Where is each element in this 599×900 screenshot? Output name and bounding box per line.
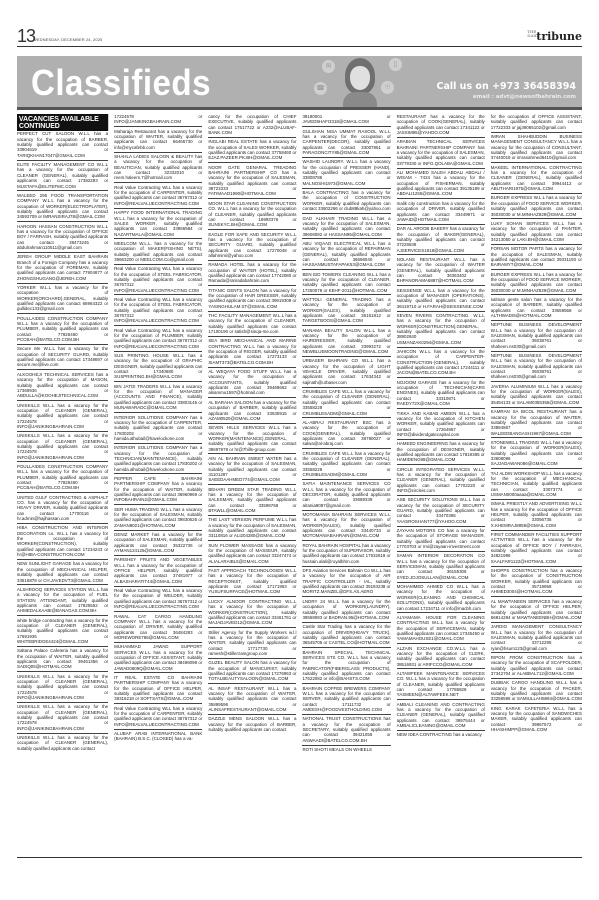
classified-ad: DAZZLE MENS SALOON W.L.L has a vacancy f… xyxy=(208,714,296,734)
classified-ad: JAHICON W.L.L has a vacancy for the occu… xyxy=(397,347,485,378)
classified-ad: DAR AL AROOB BAKERY has a vacancy for th… xyxy=(397,224,485,255)
classified-ad: SHAHLA LADIES SALOON & BEAUTY has a vaca… xyxy=(114,152,202,183)
classified-ad: BAHRAIN SPECIAL TECHNICAL SERVICES STS C… xyxy=(302,647,390,683)
classified-ad: NEW SUNLIGHT GARAGE has a vacancy for th… xyxy=(17,559,108,584)
mobile-icon: ▯ xyxy=(389,58,402,71)
classified-ad: GUZEL BEAUTY SALON has a vacancy for the… xyxy=(208,658,296,683)
classified-ad: DFS Aviation Services Bahrain Co W.L.L h… xyxy=(302,566,390,597)
classified-ad: FAST APPROACH TECHNOLOGIES W.L.L has a v… xyxy=(208,566,296,597)
classified-ad: SAMAN INTERIOR DECORATION CO W.L.L has a… xyxy=(397,551,485,582)
classified-ad: Castle Star Trading has a vacancy for th… xyxy=(302,622,390,647)
classified-ad: ALZAIN EXCHANGE CO.W.L.L has a vacancy f… xyxy=(397,643,485,668)
classified-ad: LNDRY 24 W.L.L has a vacancy for the occ… xyxy=(302,596,390,621)
classified-ad: WALEED 295 FOOD TRANSPORTATION COMPANY W… xyxy=(17,190,108,221)
phone-icon: ☎ xyxy=(314,82,327,95)
classified-ad: WATTOLI GENERAL TRADING has a vacancy fo… xyxy=(302,294,390,325)
call-us-phone: Call us on +973 36458394 xyxy=(436,81,576,92)
classified-ad: CIRCLE INTEGRATED SERVICES W.L.L has a v… xyxy=(397,464,485,495)
classified-ad: SER HUMA TRADING W.L.L has a vacancy for… xyxy=(114,504,202,529)
classified-ad: for the occupation of OFFICE ASSISTANT, … xyxy=(491,114,582,132)
classified-ad: cancy for the occupation of CHIEF EXECUT… xyxy=(208,114,296,137)
classified-ad: AL INSAF RESTAURANT W.L.L has a vacancy … xyxy=(208,683,296,714)
classified-ad: BEHARI DREEM STAR TRADING W.L.L has a va… xyxy=(208,484,296,515)
classified-ad: ALKOOHEJI TECHNICAL SERVICES has a vacan… xyxy=(17,369,108,400)
classified-ad: YORKER W.L.L has a vacancy for the occup… xyxy=(17,283,108,314)
classified-ad: SAFIA MAINTENANCE SERVICES CO W.L.L has … xyxy=(302,479,390,510)
classified-ad: Real Value Contracting WLL has a vacancy… xyxy=(114,325,202,350)
classified-ad: Saltana Palace Cafeteria has a vacancy f… xyxy=(17,646,108,671)
column-5: RESTAURANT has a vacancy for the occupat… xyxy=(394,114,488,858)
classified-ad: UNITED GULF CONTRACTING & ASPHALT CO. ha… xyxy=(17,492,108,523)
ads-list: cancy for the occupation of CHIEF EXECUT… xyxy=(208,114,296,734)
classified-ad: Stiller Agency for the Supply Workers w.… xyxy=(208,627,296,658)
column-6: for the occupation of OFFICE ASSISTANT, … xyxy=(488,114,582,858)
classified-ad: MEELCOM W.L.L. has a vacancy for the occ… xyxy=(114,238,202,263)
classified-ad: RAMADA HOTEL has a vacancy for the occup… xyxy=(208,260,296,285)
classified-ad: ALYAMAMA HOUSE FOR CLEANING CONTRACTING … xyxy=(397,612,485,643)
classified-ad: SEVEN HILLS SERVICES W.L.L has a vacancy… xyxy=(208,423,296,454)
banner-title: Classifieds xyxy=(31,62,211,104)
classified-ad: ALI MOHAMED SALEH ABDALI ABDALI / WISAM … xyxy=(397,168,485,199)
mail-icon: ✉ xyxy=(322,60,335,73)
logo-prefix: THE DAILY xyxy=(527,30,535,38)
classified-ad: LUCKY ALNOOR CONTRACTING W.L.L has a vac… xyxy=(208,596,296,627)
classified-ad: SEVEN RIVERS CONTRACTING. W.L.L has a va… xyxy=(397,311,485,347)
classified-ad: Real Value Contracting WLL has a vacancy… xyxy=(114,182,202,207)
classified-ad: SEA BIRD MECHANICAL AND MARINE CONTRACTI… xyxy=(208,336,296,367)
classified-ad: ASB SECURITY SOLUTIONS W.L.L has a vacan… xyxy=(397,495,485,526)
classified-ad: malik city construction has a vacancy fo… xyxy=(397,198,485,223)
classified-ad: Real Value Contracting WLL has a vacancy… xyxy=(114,586,202,611)
column-1: VACANCIES AVAILABLE CONTINUED PERFECT CU… xyxy=(17,114,111,858)
logo-text: tribune xyxy=(536,30,582,43)
classified-ad: INGLABI REAL ESTATE has a vacancy for th… xyxy=(208,137,296,162)
classified-ad: Real Value Contracting WLL has a vacancy… xyxy=(114,264,202,295)
advert-email: email : advt@newsofbahrain.com xyxy=(473,94,576,100)
classified-ad: TIKKA AND KABAB AMEEN W.L.L has a vacanc… xyxy=(397,408,485,439)
classified-ad: CRUMBLES CAFE W.L.L has a vacancy for th… xyxy=(302,448,390,479)
classified-ad: MOON STAR CLEANING CONSTRUCTION CO. W.L.… xyxy=(208,198,296,229)
classified-ad: POULLAIDES CONSTRUCTION COMPANY W.L.L ha… xyxy=(17,313,108,344)
classified-ad: ROYAL BAHRAIN HOSPITAL has a vacancy for… xyxy=(302,540,390,565)
classified-ad: MAKEEL INTERNATIONAL CONTRACTING has a v… xyxy=(491,162,582,193)
classified-ad: JARDIO MANAGEMENT CONSULTANCY W.L.L has … xyxy=(491,622,582,653)
classified-ad: BIN JATOI TRADERS W.L.L has a vacancy fo… xyxy=(114,381,202,412)
classified-ad: BURGER EXPRESS W.L.L has a vacancy for t… xyxy=(491,269,582,294)
column-3: cancy for the occupation of CHIEF EXECUT… xyxy=(205,114,299,858)
classified-ad: MOTOMANIA BAHRAIN SERVICES W.L.L has a v… xyxy=(302,510,390,541)
classified-ad: NATIONAL TRUST CONSTRUCTIONS has a vacan… xyxy=(302,714,390,745)
classified-ad: PARISHEY FRUITS AND VEGETABLES W.L.L has… xyxy=(114,555,202,586)
classified-ad: AIN AL BAHRAIN SWEET WATER has a vacancy… xyxy=(208,453,296,484)
classified-ad: FORSAN MOTOR PARTS has a vacancy for the… xyxy=(491,244,582,269)
classified-ad: JAVERIA ALUMINIUM W.L.L has a vacancy fo… xyxy=(491,381,582,406)
classified-ad: RIPON FROM CONSTRUCTION has a vacancy fo… xyxy=(491,652,582,677)
classified-ad: UNISKILLS W.L.L has a vacancy for the oc… xyxy=(17,400,108,431)
classified-ad: NOLANS RESTAURANT W.L.L has a vacancy fo… xyxy=(397,254,485,285)
classified-ad: SUS PRINTING HOUSE W.L.L has a vacancy f… xyxy=(114,351,202,382)
classified-ad: GAD ALKHAIR TRADING W.L.L has a vacancy … xyxy=(302,213,390,238)
classified-ad: WASHID LAUNDRY. W.L.L has a vacancy for … xyxy=(302,157,390,188)
classified-ad: HAMEED ENGINEERING has a vacancy for the… xyxy=(397,439,485,464)
classified-ad: RESTAURANT has a vacancy for the occupat… xyxy=(397,114,485,137)
classified-ad: THC FACILITY MANAGEMENT W.L.L has a vaca… xyxy=(208,311,296,336)
classified-ad: AMBALI CLEANING AND CONTRACTING has a va… xyxy=(397,699,485,730)
classifieds-columns: VACANCIES AVAILABLE CONTINUED PERFECT CU… xyxy=(17,114,582,858)
classified-ad: AL BARAHA SALOON has a vacancy for the o… xyxy=(208,397,296,422)
classified-ad: 17224578 or INFO@JANIKINGBAHRAIN.COM xyxy=(114,114,202,126)
classified-ad: HAPPY FOOD INTERNATIONAL TRADING W.L.L h… xyxy=(114,208,202,239)
classified-ad: ALUBAF ARAB INTERNATIONAL BANK (BAHRAIN)… xyxy=(114,729,202,744)
classified-ad: ROTI SHOTI MEALS ON WHEELS xyxy=(302,745,390,754)
classified-ad: ISMAIL PRIESTLY AND ADVERTISING W.L.L ha… xyxy=(491,499,582,530)
classified-ad: white bridge contracting has a vacancy f… xyxy=(17,615,108,646)
classified-ad: Real Value Contracting WLL has a vacancy… xyxy=(114,703,202,728)
classified-ad: SEISSENSE W.L.L has a vacancy for the oc… xyxy=(397,285,485,310)
ads-list: for the occupation of OFFICE ASSISTANT, … xyxy=(491,114,582,734)
ads-list: RESTAURANT has a vacancy for the occupat… xyxy=(397,114,485,739)
newspaper-logo: THE DAILYtribune xyxy=(527,30,582,43)
classified-ad: DUBBAK CARGO HANDLING W.L.L has a vacanc… xyxy=(491,678,582,703)
section-heading: VACANCIES AVAILABLE CONTINUED xyxy=(17,114,108,131)
classified-ad: NEW IDEA CONTRACTING has a vacancy xyxy=(397,730,485,739)
column-4: 38180001 or JAVED5HAFI3318@GMAIL.COMGULS… xyxy=(299,114,393,858)
classified-ad: ABU VIQAAD ELECTRICAL W.L.L has a vacanc… xyxy=(302,238,390,269)
classified-ad: NOOR GATE GENARAL TREADING BAHRAINI PART… xyxy=(208,162,296,198)
classified-ad: POULLAIDES CONSTRUCTION COMPANY W.L.L ha… xyxy=(17,461,108,492)
classified-ad: IMRAN SHAHBUDDIN BUSINESS MANAGEMENT CON… xyxy=(491,132,582,163)
issue-date: WEDNESDAY, DECEMBER 24, 2025 xyxy=(33,37,102,42)
classified-ad: AL-ABRAJ RESTAURANT BSC has a vacancy fo… xyxy=(302,417,390,448)
classified-ad: LUKY SOHAN SERVICES W.L.L has a vacancy … xyxy=(491,218,582,243)
classified-ad: GULSHAN NISA UMMAT RASOOL W.L.L has a va… xyxy=(302,126,390,157)
classified-ad: salman gents salon has a vacancy for the… xyxy=(491,294,582,319)
classified-ad: FIRST COMMANDER FACILITIES SUPPORT ACTIV… xyxy=(491,530,582,566)
classified-ad: HIBA CONSTRUCTION AND INTERIOR DECORATIO… xyxy=(17,523,108,559)
column-2: 17224578 or INFO@JANIKINGBAHRAIN.COMMaha… xyxy=(111,114,205,858)
classified-ad: HAROON HASSAN CONSTRUCTION W.L.L has a v… xyxy=(17,221,108,252)
classified-ad: KING KARAK CAFETERIA W.L.L has a vacancy… xyxy=(491,703,582,734)
classified-ad: URBASER BAHRAIN CO W.L.L has a vacancy f… xyxy=(302,356,390,387)
classified-ad: THE LAST VERSION PERFUME W.L.L has a vac… xyxy=(208,515,296,540)
classified-ad: INTERIOR SOLUTIONS COMPANY has a vacancy… xyxy=(114,412,202,443)
classified-ad: DENIZ MARKET has a vacancy for the occup… xyxy=(114,530,202,555)
masthead: 13 WEDNESDAY, DECEMBER 24, 2025 THE DAIL… xyxy=(17,30,582,47)
classified-ad: MANAMA BEAUTY SALON W.L.L has a vacancy … xyxy=(302,325,390,356)
classified-ad: ZAYAAN MOTORS CO has a vacancy for the o… xyxy=(397,526,485,551)
classified-ad: BEN EID TOWERS CLEANING W.L.L has a vaca… xyxy=(302,269,390,294)
classified-ad: EAGLE FOR SAFE AND SECURITY W.L.L has a … xyxy=(208,229,296,260)
classified-ad: UNISKILLS W.L.L has a vacancy for the oc… xyxy=(17,431,108,462)
classified-ad: BURGER EXPRESS W.L.L has a vacancy for t… xyxy=(491,193,582,218)
classified-ad: MUHAMMAD JAWAD SUPPORT SERVICES W.L.L ha… xyxy=(114,642,202,673)
classifieds-banner: Classifieds ✉ ☎ ▯ ☉ Call us on +973 3645… xyxy=(17,56,582,110)
classified-ad: BAHRAIN COFFEE BREWERS COMPANY W.L.L has… xyxy=(302,683,390,714)
classified-ad: 38180001 or JAVED5HAFI3318@GMAIL.COM xyxy=(302,114,390,126)
classified-ad: UNISKILLS W.L.L has a vacancy for the oc… xyxy=(17,671,108,702)
classified-ad: UNISKILLS W.L.L has a vacancy for the oc… xyxy=(17,702,108,733)
classified-ad: ARABIAN TECHNICAL SERVICES BAHRAINI PART… xyxy=(397,137,485,168)
ads-list: PERFECT CUT SALOON W.L.L has a vacancy f… xyxy=(17,131,108,752)
classified-ad: BALA CONTRACTING has a vacancy for the o… xyxy=(302,188,390,213)
classified-ad: TITANIC GENTS SALON has a vacancy for th… xyxy=(208,285,296,310)
classified-ad: PEPPER CAFE - BAHRAINI PARTNERSHIP COMPA… xyxy=(114,473,202,504)
mascot-illustration xyxy=(337,56,383,110)
classified-ad: CRUMBLES CAFE W.L.L has a vacancy for th… xyxy=(302,387,390,418)
globe-icon: ☉ xyxy=(381,81,394,94)
classified-ad: Maharaja Restaurant has a vacancy for th… xyxy=(114,126,202,151)
classified-ad: TAJ ALDIN WORKSHOP W.L.L has a vacancy f… xyxy=(491,468,582,499)
classified-ad: Secure Me W.L.L has a vacancy for the oc… xyxy=(17,344,108,369)
classified-ad: NEPTUNE BUSINESS DEVELOPMENT W.L.L has a… xyxy=(491,351,582,382)
classified-ad: NEPTUNE BUSINESS DEVELOPMENT W.L.L has a… xyxy=(491,320,582,351)
classified-ad: AL MAWTANEEN SERVICES has a vacancy for … xyxy=(491,596,582,621)
classified-ad: MOHAMMED AHMED CO W.L.L has a vacancy fo… xyxy=(397,582,485,613)
classified-ad: AL WEQAYA FOOD STUFF W.L.L has a vacancy… xyxy=(208,367,296,398)
classified-ad: STONEWELL TRADING W.L.L has a vacancy fo… xyxy=(491,437,582,468)
classified-ad: UNISKILLS W.L.L has a vacancy for the oc… xyxy=(17,733,108,753)
ads-list: 38180001 or JAVED5HAFI3318@GMAIL.COMGULS… xyxy=(302,114,390,754)
classified-ad: RAWAL CAT CARGO HANDLING COMPANY W.L.L h… xyxy=(114,611,202,642)
classified-ad: Real Value Contracting WLL has a vacancy… xyxy=(114,294,202,325)
classified-ad: JEREH GROUP MIDDLE EAST BAHRAIN Branch o… xyxy=(17,252,108,283)
classified-ad: ELITE FACILITY MANAGEMENT CO W.L.L has a… xyxy=(17,160,108,191)
ads-list: 17224578 or INFO@JANIKINGBAHRAIN.COMMaha… xyxy=(114,114,202,743)
classified-ad: IT REAL ESTATE CO BAHRAINI PARTNERSHIP C… xyxy=(114,672,202,703)
classified-ad: KAMRAN SA BICOL RESTAURANT has a vacancy… xyxy=(491,407,582,438)
classified-ad: ALSHROOQ SERVICES STATION W.L.L has a va… xyxy=(17,584,108,615)
classified-ad: ALTAWFEEK MAINTENANCE SERVICES CO. W.L.L… xyxy=(397,668,485,699)
classified-ad: SHOPPS CONSTRUCTION has a vacancy for th… xyxy=(491,566,582,597)
classified-ad: SUN FLOWER MASSAGE has a vacancy for the… xyxy=(208,540,296,565)
classified-ad: PERFECT CUT SALOON W.L.L has a vacancy f… xyxy=(17,131,108,159)
classified-ad: NOJOOM GARAGE has a vacancy for the occu… xyxy=(397,377,485,408)
classified-ad: INTERIOR SOLUTIONS COMPANY has a vacancy… xyxy=(114,443,202,474)
